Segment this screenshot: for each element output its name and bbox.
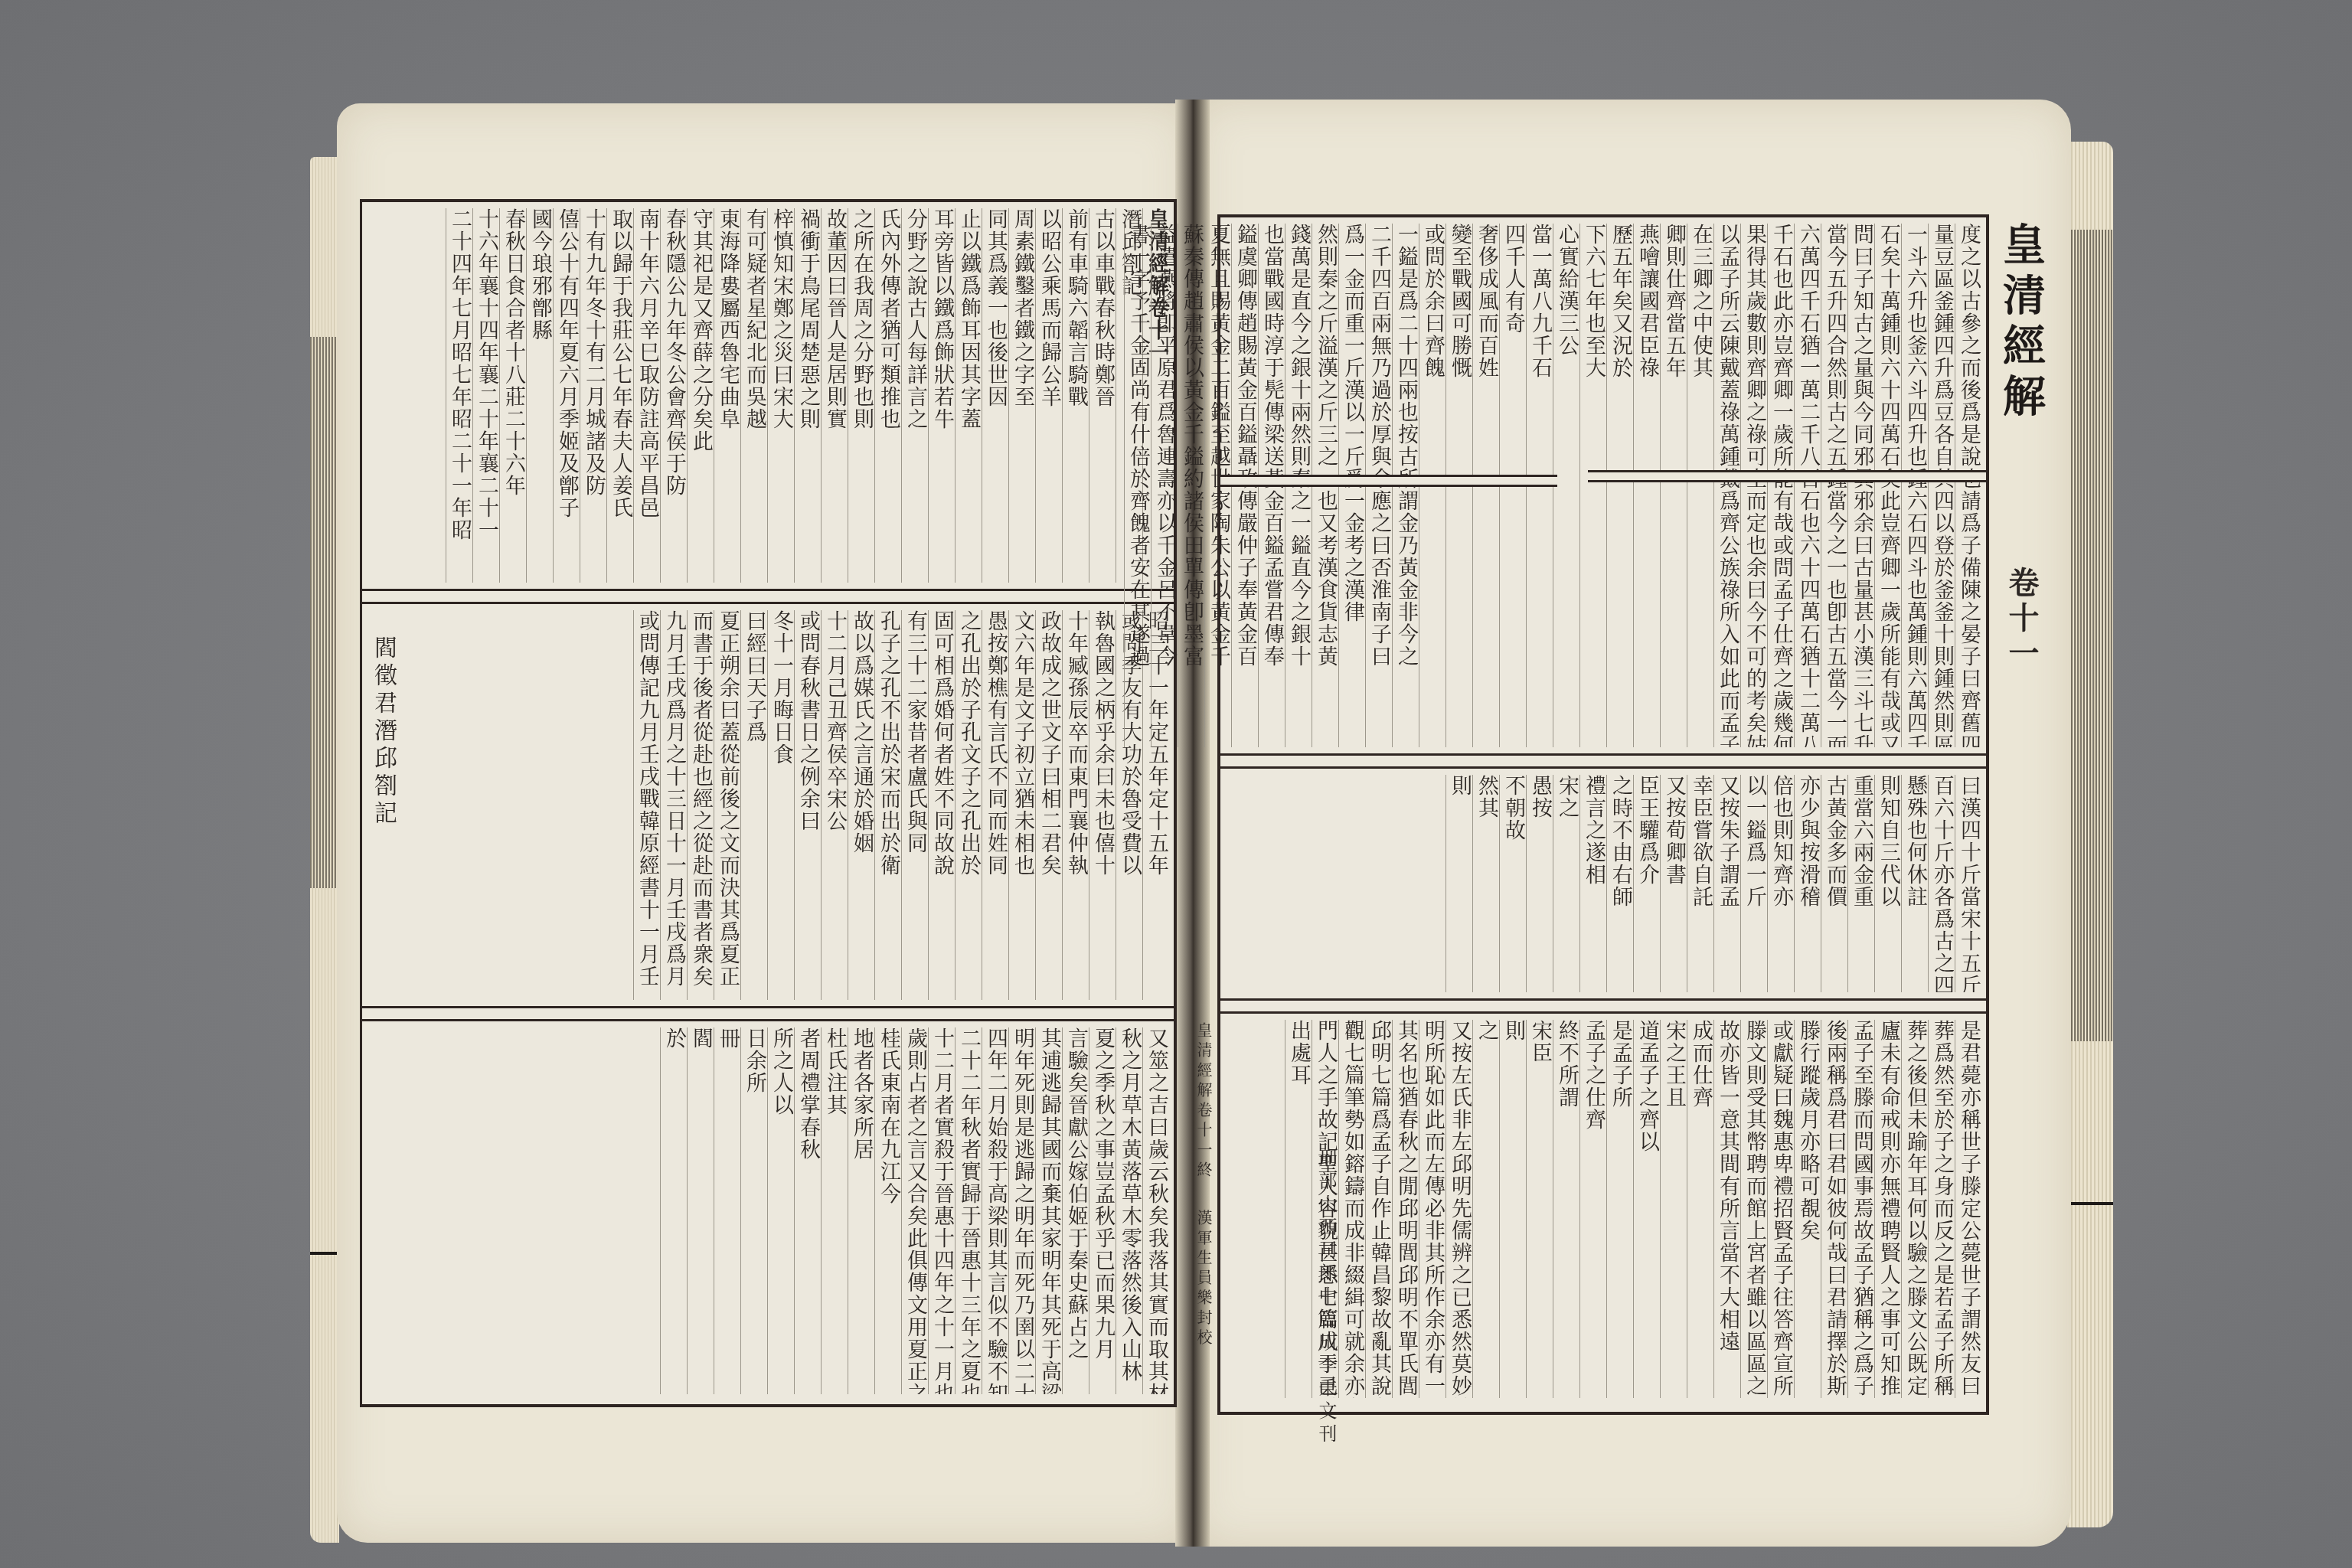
text-column: 石矣十萬鍾則六十四萬石矣此豈齊卿一歲所能有哉或又 — [1874, 224, 1901, 747]
text-column: 歲則占者之言又合矣此俱傳文用夏正之明 — [901, 1027, 928, 1394]
engraver-signature: 刑部山西司郎中臨川李秉文刊 — [1313, 1148, 1340, 1447]
text-column: 一斗六升也釜六斗四升也鍾六石四斗也萬鍾則六萬四千 — [1901, 224, 1928, 747]
text-column: 十六年襄十四年襄二十年襄二十一 — [472, 208, 499, 583]
left-block-upper: 皇清經解卷十一 潛邱劄記 古以車戰春秋時鄭晉 前有車騎六韜言騎戰 以昭公乘馬而歸… — [362, 202, 1174, 589]
text-column: 則 — [1499, 1020, 1526, 1398]
text-column: 孟子之仕齊 — [1579, 1020, 1606, 1398]
section-divider-band — [1588, 470, 1986, 482]
text-column: 春秋隱公九年冬公會齊侯于防 — [660, 208, 687, 583]
text-column: 有三十二家昔者盧氏與同 — [901, 610, 928, 1000]
text-column: 二十二年秋者實歸于晉惠十三年之夏也 — [955, 1027, 982, 1394]
text-column: 分野之說古人每詳言之 — [901, 208, 928, 583]
text-column: 或獻疑曰魏惠卑禮招賢孟子往答齊宣所 — [1767, 1020, 1794, 1398]
text-column: 葬爲然至於子之身而反之是若孟子所稱 — [1928, 1020, 1955, 1398]
text-column: 孟子至滕而問國事焉故孟子猶稱之爲子 — [1847, 1020, 1874, 1398]
section-divider-band — [362, 1006, 1174, 1021]
text-column: 東海降婁屬西魯宅曲阜 — [714, 208, 740, 583]
text-column: 然其 — [1472, 775, 1499, 992]
text-column: 古以車戰春秋時鄭晉 — [1089, 208, 1116, 583]
text-column: 書一字予千金固尚有什倍於齊餽者安在其遂過 — [1124, 224, 1151, 747]
text-column: 禮言之遂相 — [1579, 775, 1606, 992]
text-column: 僖公十有四年夏六月季姬及鄫子 — [553, 208, 580, 583]
text-column: 十有九年冬十有二月城諸及防 — [580, 208, 606, 583]
text-column: 文六年是文子初立猶未相也 — [1008, 610, 1035, 1000]
left-page-text-frame: 皇清經解卷十一 潛邱劄記 古以車戰春秋時鄭晉 前有車騎六韜言騎戰 以昭公乘馬而歸… — [360, 199, 1177, 1407]
text-column: 幸臣嘗欲自託 — [1687, 775, 1713, 992]
text-column: 冊 — [714, 1027, 740, 1394]
right-edge-fish-tail-mark — [2071, 1202, 2113, 1205]
text-column: 果得其歲數則齊卿之祿可坐而定也余曰今不可的考矣姑 — [1740, 224, 1767, 747]
text-column: 以孟子所云陳戴蓋祿萬鍾戴爲齊公族祿所入如此而孟子 — [1713, 224, 1740, 747]
text-column: 故以爲媒氏之言通於婚姻 — [848, 610, 874, 1000]
text-column: 量豆區釜鍾四升爲豆各自其四以登於釜釜十則鍾然則區 — [1928, 224, 1955, 747]
text-column: 愚按鄭樵有言氏不同而姓同 — [982, 610, 1008, 1000]
left-margin-work-label: 閻徵君潛邱劄記 — [366, 635, 400, 828]
text-column: 言驗矣晉獻公嫁伯姬于秦史蘇占之 — [1062, 1027, 1089, 1394]
text-column: 之孔出於子孔文子之孔出於 — [955, 610, 982, 1000]
text-column: 梓慎知宋鄭之災曰宋大 — [767, 208, 794, 583]
text-column: 則知自三代以 — [1874, 775, 1901, 992]
text-column: 者周禮掌春秋 — [794, 1027, 821, 1394]
text-column: 宋臣 — [1526, 1020, 1553, 1398]
text-column: 臣王驩爲介 — [1633, 775, 1660, 992]
text-column: 後兩稱爲君曰君如彼何哉曰君請擇於斯 — [1821, 1020, 1847, 1398]
text-column: 地者各家所居 — [848, 1027, 874, 1394]
text-column: 前有車騎六韜言騎戰 — [1062, 208, 1089, 583]
text-column: 宋之 — [1553, 775, 1579, 992]
text-column: 又筮之吉曰歲云秋矣我落其實而取其材 — [1142, 1027, 1169, 1394]
text-column: 是孟子所 — [1606, 1020, 1633, 1398]
section-divider-band — [362, 589, 1174, 604]
text-column: 同其爲義一也後世因 — [982, 208, 1008, 583]
left-edge-fish-tail-mark — [310, 1252, 341, 1255]
text-column: 古黃金多而價 — [1821, 775, 1847, 992]
text-column: 周素鐵鑿者鐵之字至 — [1008, 208, 1035, 583]
text-column: 度之以古參之而後爲是說也請爲子備陳之晏子曰齊舊四 — [1955, 224, 1981, 747]
text-column: 故董因曰晉人是居則實 — [821, 208, 848, 583]
text-column: 政故成之世文子曰相二君矣 — [1035, 610, 1062, 1000]
text-column: 又按朱子謂孟 — [1713, 775, 1740, 992]
text-column: 曰經曰天子爲 — [740, 610, 767, 1000]
right-page-volume-mark: 卷十一 — [2000, 567, 2043, 672]
volume-end-mark: 皇清經解卷十一終 — [1193, 1022, 1215, 1181]
text-column: 南十年六月辛巳取防註高平昌邑 — [633, 208, 660, 583]
text-column: 邱明七篇爲孟子自作止韓昌黎故亂其說亦莫妙於朱子曰 — [1365, 1020, 1392, 1398]
text-column: 九月壬戌爲月之十三日十一月壬戌爲月 — [660, 610, 687, 1000]
text-column: 燕噲讓國君臣祿 — [1633, 224, 1660, 747]
text-column: 明所恥如此而左傳必非其所作余亦有一證左邱其氏也明 — [1419, 1020, 1445, 1398]
text-column: 卿則仕齊當五年 — [1660, 224, 1687, 747]
right-page-running-title: 皇清經解 — [1991, 222, 2052, 544]
text-column: 故亦皆一意其間有所言當不大相遠 — [1713, 1020, 1740, 1398]
text-column: 而書于後者從赴也經之從赴而書者衆矣 — [687, 610, 714, 1000]
text-column: 當今五升四合然則古之五鍾當今之一也卽古五當今一而 — [1821, 224, 1847, 747]
text-column: 重當六兩金重 — [1847, 775, 1874, 992]
text-column: 或問春秋書日之例余曰 — [794, 610, 821, 1000]
text-column: 是君薨亦稱世子滕定公薨世子謂然友曰 — [1955, 1020, 1981, 1398]
text-column: 國今琅邪鄫縣 — [526, 208, 553, 583]
text-column: 夏正朔余曰蓋從前後之文而決其爲夏正 — [714, 610, 740, 1000]
text-column: 曰漢四十斤當宋十五斤孔穎達曰今一百三十斤於古爲四 — [1955, 775, 1981, 992]
text-column: 道孟子之齊以 — [1633, 1020, 1660, 1398]
text-column: 以一鎰爲一斤 — [1740, 775, 1767, 992]
text-column: 愚按 — [1526, 775, 1553, 992]
text-column: 成而仕齊 — [1687, 1020, 1713, 1398]
text-column: 二十四年七月昭七年昭二十一年昭 — [446, 208, 472, 583]
section-divider-band — [1220, 475, 1557, 487]
text-column: 執魯國之柄乎余曰未也僖十 — [1089, 610, 1116, 1000]
text-column: 十二月己丑齊侯卒宋公 — [821, 610, 848, 1000]
text-column: 十年臧孫辰卒而東門襄仲執 — [1062, 610, 1089, 1000]
text-column: 明年死則是逃歸之明年而死乃圉以二十 — [1008, 1027, 1035, 1394]
text-column: 益遣燕將卽平原君爲魯連壽亦以千金呂不韋今 — [1151, 224, 1178, 747]
text-column: 其逋逃歸其國而棄其家明年其死于高梁 — [1035, 1027, 1062, 1394]
text-column: 以昭公乘馬而歸公羊 — [1035, 208, 1062, 583]
text-column: 觀七篇筆勢如鎔鑄而成非綴緝可就余亦有一證論語成于 — [1338, 1020, 1365, 1398]
text-column: 禍衝于鳥尾周楚惡之則 — [794, 208, 821, 583]
text-column: 其名也猶春秋之閒邱明閭邱明不單氏閭則單氏左自非左 — [1392, 1020, 1419, 1398]
text-column: 固可相爲婚何者姓不同故說 — [928, 610, 955, 1000]
left-edge-title-bleed — [310, 337, 339, 888]
text-column: 春秋日食合者十八莊二十六年 — [499, 208, 526, 583]
left-block-middle: 昭三十一年定五年定十五年 或問季友有大功於魯受費以 執魯國之柄乎余曰未也僖十 十… — [362, 604, 1174, 1006]
left-block-lower: 又筮之吉曰歲云秋矣我落其實而取其材 秋之月草木黃落草木零落然後入山林 夏之季秋之… — [362, 1021, 1174, 1400]
text-column: 止以鐵爲飾耳因其字蓋 — [955, 208, 982, 583]
text-column: 秋之月草木黃落草木零落然後入山林 — [1116, 1027, 1142, 1394]
text-column: 終不所謂 — [1553, 1020, 1579, 1398]
text-column: 孔子之孔不出於宋而出於衛 — [874, 610, 901, 1000]
text-column: 十二月者實殺于晉惠十四年之十一月也其 — [928, 1027, 955, 1394]
text-column: 蘇秦傳趙肅侯以黃金千鎰約諸侯田單傳卽墨富 — [1178, 224, 1204, 747]
text-column: 滕行蹤歲月亦略可覩矣 — [1794, 1020, 1821, 1398]
right-edge-title-bleed — [2071, 230, 2113, 1041]
text-column: 又按荀卿書 — [1660, 775, 1687, 992]
text-column: 桂氏東南在九江今 — [874, 1027, 901, 1394]
text-column: 或問傳記九月壬戌戰韓原經書十一月壬 — [633, 610, 660, 1000]
text-column: 在三卿之中使其 — [1687, 224, 1713, 747]
text-column: 懸殊也何休註 — [1901, 775, 1928, 992]
text-column: 杜氏注其 — [821, 1027, 848, 1394]
text-column: 問曰子知古之量與今同邪異邪余曰古量甚小漢三斗七升 — [1847, 224, 1874, 747]
text-column: 四年二月始殺于高梁則其言似不驗不知 — [982, 1027, 1008, 1394]
text-column: 倍也則知齊亦 — [1767, 775, 1794, 992]
right-block-middle: 曰漢四十斤當宋十五斤孔穎達曰今一百三十斤於古爲四 百六十斤亦各爲古之四 懸殊也何… — [1220, 769, 1986, 998]
text-column: 亦少與按滑稽 — [1794, 775, 1821, 992]
text-column: 冬十一月晦日食 — [767, 610, 794, 1000]
text-column: 下六七年也至大 — [1579, 224, 1606, 747]
text-column: 夏之季秋之事豈孟秋乎已而果九月 — [1089, 1027, 1116, 1394]
text-column: 日余所 — [740, 1027, 767, 1394]
text-column: 不朝故 — [1499, 775, 1526, 992]
text-column: 滕文則受其幣聘而館上宮者雖以區區之 — [1740, 1020, 1767, 1398]
text-column: 千石也此亦豈齊卿一歲所能有哉或問孟子仕齊之歲幾何 — [1767, 224, 1794, 747]
text-column: 所之人以 — [767, 1027, 794, 1394]
section-divider-band — [1220, 998, 1986, 1014]
text-column: 之 — [1472, 1020, 1499, 1398]
section-divider-band — [1220, 753, 1986, 769]
text-column: 歷五年矣又況於 — [1606, 224, 1633, 747]
text-column: 百六十斤亦各爲古之四 — [1928, 775, 1955, 992]
text-column: 宋之王且 — [1660, 1020, 1687, 1398]
text-column: 出處耳 — [1285, 1020, 1312, 1398]
text-column: 取以歸于我莊公七年春夫人姜氏 — [606, 208, 633, 583]
text-column: 則 — [1445, 775, 1472, 992]
text-column: 有可疑者星紀北而吳越 — [740, 208, 767, 583]
text-column: 六萬四千石猶一萬二千八百石也六十四萬石猶十二萬八 — [1794, 224, 1821, 747]
text-column: 耳旁皆以鐵爲飾狀若牛 — [928, 208, 955, 583]
text-column: 氏內外傳者猶可類推也 — [874, 208, 901, 583]
text-column: 於 — [660, 1027, 687, 1394]
text-column: 葬之後但未踰年耳何以驗之滕文公既定 — [1901, 1020, 1928, 1398]
text-column: 守其祀是又齊薛之分矣此 — [687, 208, 714, 583]
text-column: 之所在我周之分野也則 — [848, 208, 874, 583]
text-column: 又按左氏非左邱明先儒辨之已悉然莫妙於朱子曰觀左邱 — [1445, 1020, 1472, 1398]
proofreader-credit: 漢軍生員樂封校 — [1193, 1210, 1215, 1349]
text-column: 之時不由右師 — [1606, 775, 1633, 992]
text-column: 閻 — [687, 1027, 714, 1394]
text-column: 廬未有命戒則亦無禮聘賢人之事可知推 — [1874, 1020, 1901, 1398]
